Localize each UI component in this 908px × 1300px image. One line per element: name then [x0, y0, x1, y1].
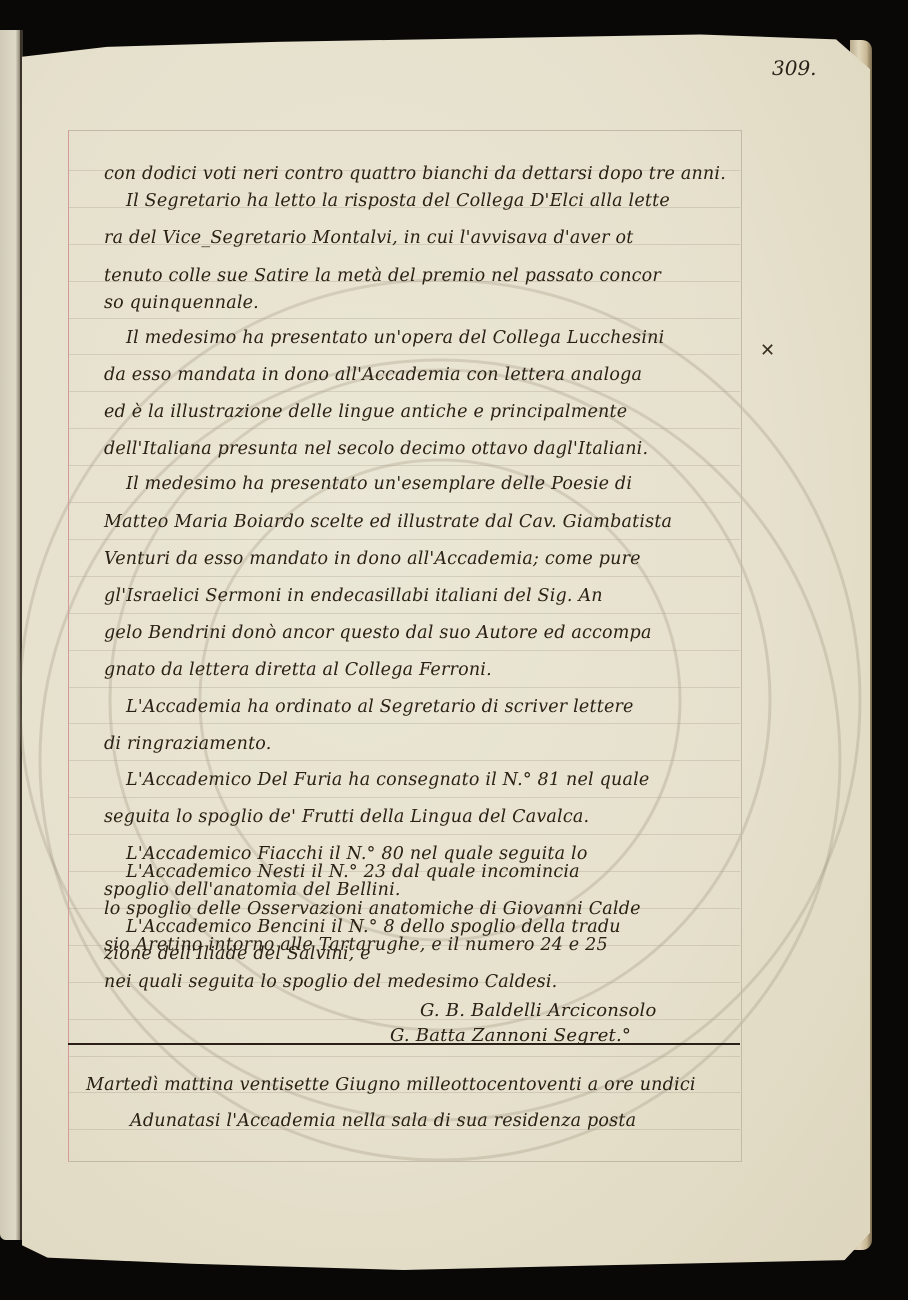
text-line: seguita lo spoglio de' Frutti della Ling… — [104, 807, 589, 827]
ruling-line — [68, 797, 740, 798]
text-line: dell'Italiana presunta nel secolo decimo… — [104, 439, 648, 459]
text-line: Venturi da esso mandato in dono all'Acca… — [104, 549, 641, 569]
previous-page-strip — [0, 30, 22, 1240]
ruling-line — [68, 1056, 740, 1057]
ruling-line — [68, 576, 740, 577]
text-line: L'Accademico Del Furia ha consegnato il … — [126, 770, 649, 790]
text-line: L'Accademia ha ordinato al Segretario di… — [126, 697, 634, 717]
text-line: Il Segretario ha letto la risposta del C… — [126, 191, 670, 211]
text-line: lo spoglio delle Osservazioni anatomiche… — [104, 899, 641, 919]
text-line: spoglio dell'anatomia del Bellini. — [104, 880, 401, 900]
text-line: ra del Vice_Segretario Montalvi, in cui … — [104, 228, 633, 248]
ruling-line — [68, 354, 740, 355]
margin-cross-mark: ✕ — [760, 340, 775, 361]
ruling-line — [68, 465, 740, 466]
text-line: gl'Israelici Sermoni in endecasillabi it… — [104, 586, 603, 606]
ruling-line — [68, 391, 740, 392]
ruling-line — [68, 318, 740, 319]
ruling-line — [68, 687, 740, 688]
entry-separator — [68, 1043, 740, 1045]
ruling-line — [68, 613, 740, 614]
ruling-line — [68, 834, 740, 835]
text-line: Martedì mattina ventisette Giugno milleo… — [86, 1075, 696, 1095]
ruling-line — [68, 723, 740, 724]
text-line: nei quali seguita lo spoglio del medesim… — [104, 972, 557, 992]
ruling-line — [68, 650, 740, 651]
text-line: so quinquennale. — [104, 293, 259, 313]
text-line: Matteo Maria Boiardo scelte ed illustrat… — [104, 512, 672, 532]
text-line: di ringraziamento. — [104, 734, 272, 754]
text-line: G. B. Baldelli Arciconsolo — [420, 1000, 657, 1021]
text-line: sio Aretino intorno alle Tartarughe, e i… — [104, 935, 608, 955]
text-line: Il medesimo ha presentato un'esemplare d… — [126, 474, 632, 494]
text-line: gnato da lettera diretta al Collega Ferr… — [104, 660, 492, 680]
ruling-line — [68, 428, 740, 429]
page-number: 309. — [772, 56, 817, 80]
text-line: tenuto colle sue Satire la metà del prem… — [104, 266, 661, 286]
text-line: L'Accademico Fiacchi il N.° 80 nel quale… — [126, 844, 588, 864]
text-line: con dodici voti neri contro quattro bian… — [104, 164, 726, 184]
text-line: da esso mandata in dono all'Accademia co… — [104, 365, 642, 385]
ruling-line — [68, 502, 740, 503]
text-line: Adunatasi l'Accademia nella sala di sua … — [130, 1111, 636, 1131]
text-line: L'Accademico Bencini il N.° 8 dello spog… — [126, 917, 621, 937]
text-line: gelo Bendrini donò ancor questo dal suo … — [104, 623, 652, 643]
text-line: Il medesimo ha presentato un'opera del C… — [126, 328, 664, 348]
text-line: L'Accademico Nesti il N.° 23 dal quale i… — [126, 862, 580, 882]
text-line: ed è la illustrazione delle lingue antic… — [104, 402, 627, 422]
ruling-line — [68, 539, 740, 540]
ruling-line — [68, 760, 740, 761]
